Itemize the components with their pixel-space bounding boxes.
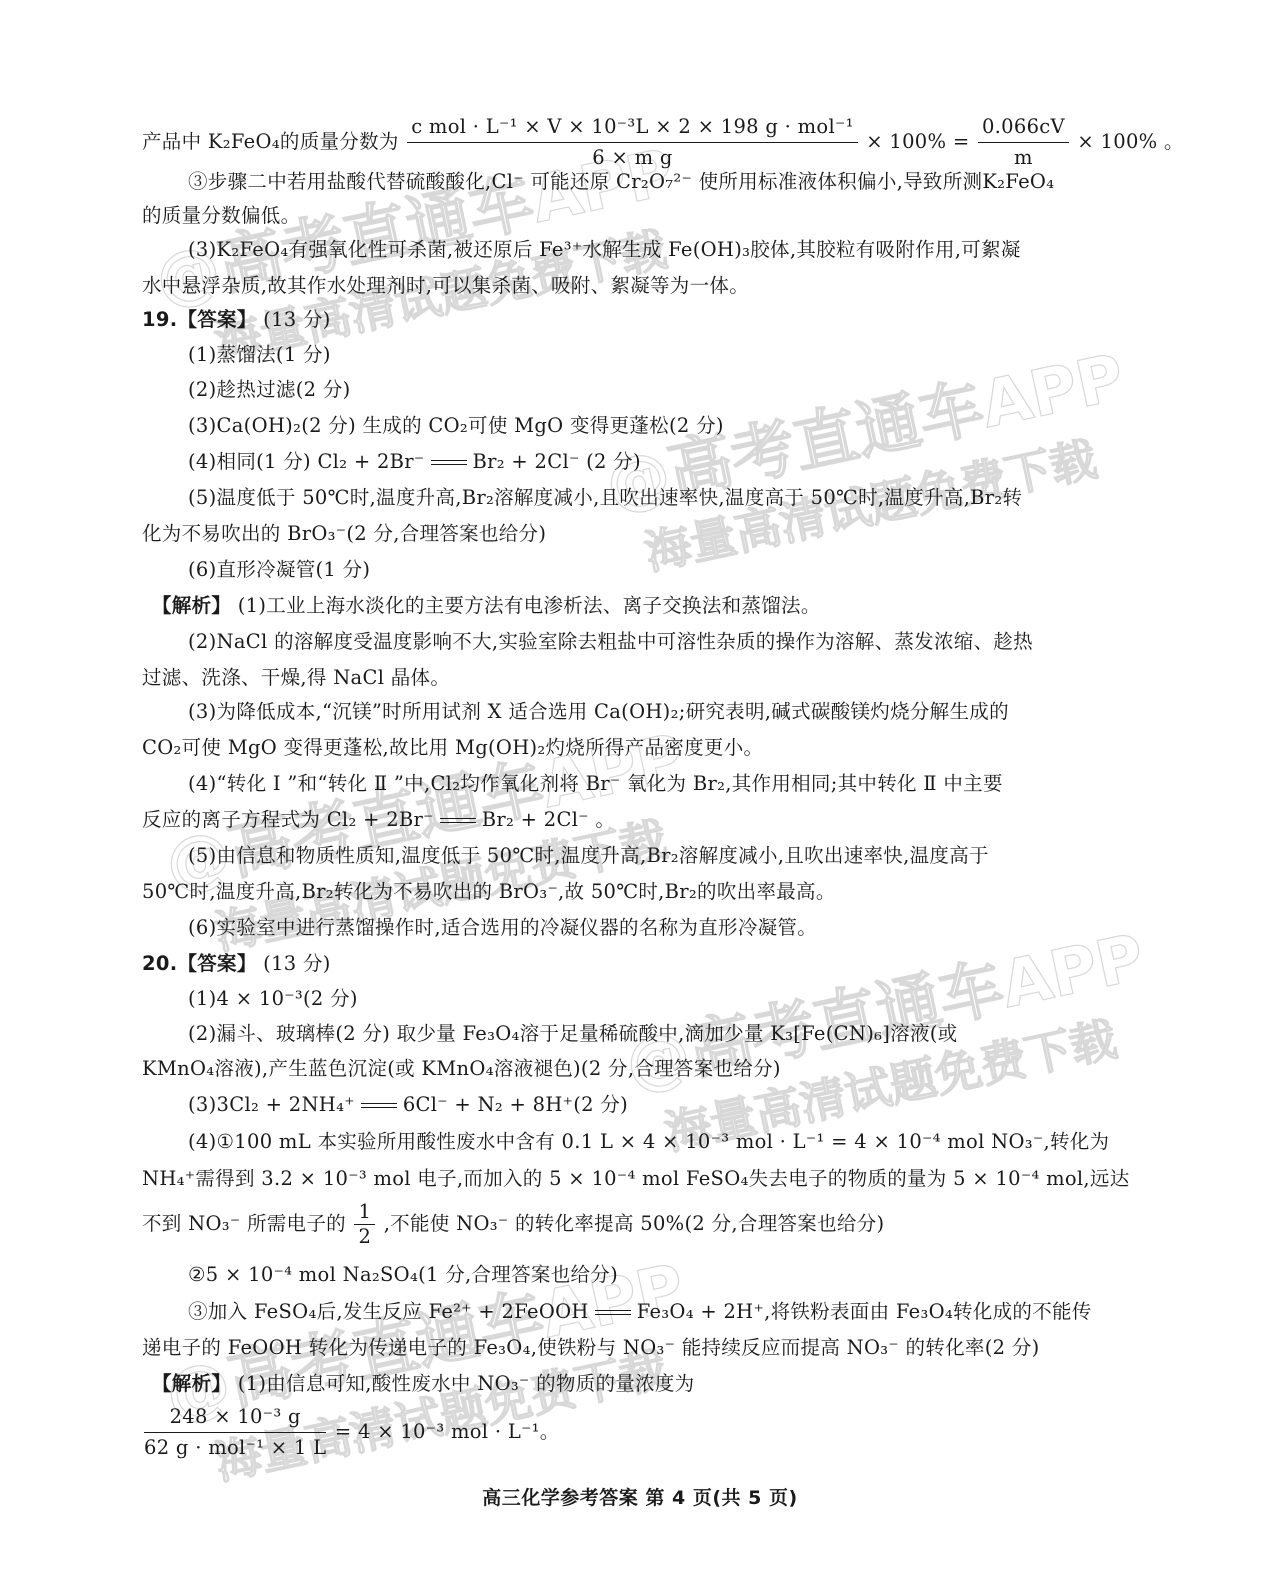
question-20-heading: 20.【答案】 (13 分) [142, 950, 331, 978]
analysis-line: 【解析】 (1)由信息可知,酸性废水中 NO₃⁻ 的物质的量浓度为 [152, 1370, 694, 1398]
answer-line: (4)相同(1 分) Cl₂ + 2Br⁻Br₂ + 2Cl⁻ (2 分) [188, 448, 641, 476]
formula-fraction: c mol · L⁻¹ × V × 10⁻³L × 2 × 198 g · mo… [407, 112, 858, 173]
answer-line: ③加入 FeSO₄后,发生反应 Fe²⁺ + 2FeOOHFe₃O₄ + 2H⁺… [188, 1298, 1092, 1326]
analysis-line: 反应的离子方程式为 Cl₂ + 2Br⁻Br₂ + 2Cl⁻ 。 [142, 806, 615, 834]
paragraph-line: 的质量分数偏低。 [142, 202, 300, 230]
concentration-fraction: 248 × 10⁻³ g 62 g · mol⁻¹ × 1 L [144, 1402, 326, 1463]
answer-line: NH₄⁺需得到 3.2 × 10⁻³ mol 电子,而加入的 5 × 10⁻⁴ … [142, 1165, 1130, 1193]
question-19-heading: 19.【答案】 (13 分) [142, 306, 331, 334]
answer-line: 递电子的 FeOOH 转化为传递电子的 Fe₃O₄,使铁粉与 NO₃⁻ 能持续反… [142, 1334, 1040, 1362]
analysis-line: 过滤、洗涤、干燥,得 NaCl 晶体。 [142, 664, 450, 692]
page-footer: 高三化学参考答案 第 4 页(共 5 页) [0, 1483, 1280, 1510]
answer-line: (1)蒸馏法(1 分) [188, 341, 331, 369]
analysis-line: (2)NaCl 的溶解度受温度影响不大,实验室除去粗盐中可溶性杂质的操作为溶解、… [188, 628, 1033, 656]
one-half-fraction: 1 2 [354, 1200, 375, 1249]
analysis-line: 【解析】 (1)工业上海水淡化的主要方法有电渗析法、离子交换法和蒸馏法。 [152, 592, 821, 620]
answer-line: (6)直形冷凝管(1 分) [188, 556, 370, 584]
analysis-line: (3)为降低成本,“沉镁”时所用试剂 X 适合选用 Ca(OH)₂;研究表明,碱… [188, 698, 1009, 726]
document-page: @高考直通车APP 海量高清试题免费下载 @高考直通车APP 海量高清试题免费下… [0, 0, 1280, 1585]
answer-line: 化为不易吹出的 BrO₃⁻(2 分,合理答案也给分) [142, 520, 546, 548]
formula-fraction-simplified: 0.066cV m [978, 112, 1069, 173]
analysis-line: (6)实验室中进行蒸馏操作时,适合选用的冷凝仪器的名称为直形冷凝管。 [188, 914, 817, 942]
analysis-line: (5)由信息和物质性质知,温度低于 50℃时,温度升高,Br₂溶解度减小,且吹出… [188, 842, 989, 870]
paragraph-line: (3)K₂FeO₄有强氧化性可杀菌,被还原后 Fe³⁺水解生成 Fe(OH)₃胶… [188, 236, 1021, 264]
mass-fraction-formula: 产品中 K₂FeO₄的质量分数为 c mol · L⁻¹ × V × 10⁻³L… [142, 112, 1184, 173]
answer-line: ②5 × 10⁻⁴ mol Na₂SO₄(1 分,合理答案也给分) [188, 1261, 618, 1289]
analysis-formula: 248 × 10⁻³ g 62 g · mol⁻¹ × 1 L = 4 × 10… [142, 1402, 560, 1463]
answer-line: (3)3Cl₂ + 2NH₄⁺6Cl⁻ + N₂ + 8H⁺(2 分) [188, 1091, 628, 1119]
analysis-line: 50℃时,温度升高,Br₂转化为不易吹出的 BrO₃⁻,故 50℃时,Br₂的吹… [142, 878, 836, 906]
answer-line: (1)4 × 10⁻³(2 分) [188, 985, 358, 1013]
answer-line: (5)温度低于 50℃时,温度升高,Br₂溶解度减小,且吹出速率快,温度高于 5… [188, 484, 1022, 512]
equation-equals-sign [595, 1310, 631, 1315]
equation-equals-sign [440, 818, 476, 823]
paragraph-line: ③步骤二中若用盐酸代替硫酸酸化,Cl⁻ 可能还原 Cr₂O₇²⁻ 使所用标准液体… [188, 168, 1054, 196]
answer-line: (2)漏斗、玻璃棒(2 分) 取少量 Fe₃O₄溶于足量稀硫酸中,滴加少量 K₃… [188, 1020, 958, 1048]
answer-line: KMnO₄溶液),产生蓝色沉淀(或 KMnO₄溶液褪色)(2 分,合理答案也给分… [142, 1055, 781, 1083]
analysis-line: CO₂可使 MgO 变得更蓬松,故比用 Mg(OH)₂灼烧所得产品密度更小。 [142, 734, 763, 762]
answer-line: 不到 NO₃⁻ 所需电子的 1 2 ,不能使 NO₃⁻ 的转化率提高 50%(2… [142, 1200, 884, 1249]
answer-line: (2)趁热过滤(2 分) [188, 376, 351, 404]
paragraph-line: 水中悬浮杂质,故其作水处理剂时,可以集杀菌、吸附、絮凝等为一体。 [142, 272, 749, 300]
answer-line: (3)Ca(OH)₂(2 分) 生成的 CO₂可使 MgO 变得更蓬松(2 分) [188, 412, 724, 440]
analysis-line: (4)“转化 Ⅰ ”和“转化 Ⅱ ”中,Cl₂均作氧化剂将 Br⁻ 氧化为 Br… [188, 770, 1003, 798]
equation-equals-sign [361, 1103, 397, 1108]
equation-equals-sign [431, 460, 467, 465]
answer-line: (4)①100 mL 本实验所用酸性废水中含有 0.1 L × 4 × 10⁻³… [188, 1128, 1109, 1156]
